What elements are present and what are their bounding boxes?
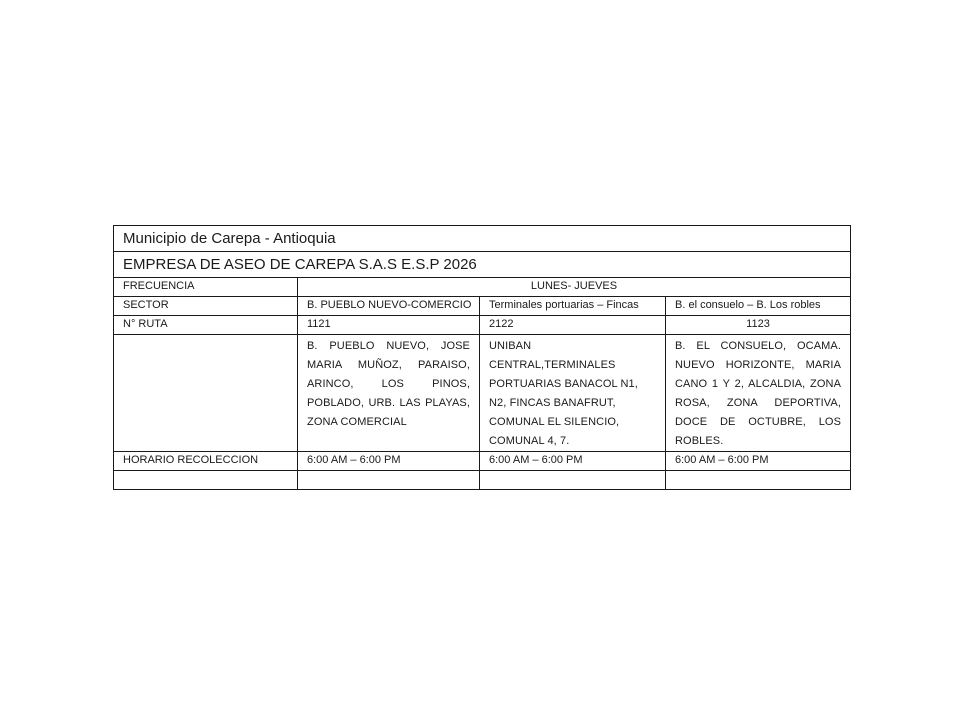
municipality-title: Municipio de Carepa - Antioquia [114, 226, 851, 252]
empty-cell [114, 471, 298, 490]
sector-row: SECTOR B. PUEBLO NUEVO-COMERCIO Terminal… [114, 297, 851, 316]
sector-label: SECTOR [114, 297, 298, 316]
route-number-cell: 2122 [480, 316, 666, 335]
frequency-row: FRECUENCIA LUNES- JUEVES [114, 278, 851, 297]
sector-cell: B. PUEBLO NUEVO-COMERCIO [298, 297, 480, 316]
route-number-label: N° RUTA [114, 316, 298, 335]
collection-schedule-table: Municipio de Carepa - Antioquia EMPRESA … [113, 225, 851, 490]
schedule-row: HORARIO RECOLECCION 6:00 AM – 6:00 PM 6:… [114, 452, 851, 471]
areas-label [114, 335, 298, 452]
empty-cell [298, 471, 480, 490]
frequency-value: LUNES- JUEVES [298, 278, 851, 297]
sector-cell: B. el consuelo – B. Los robles [666, 297, 851, 316]
company-row: EMPRESA DE ASEO DE CAREPA S.A.S E.S.P 20… [114, 252, 851, 278]
areas-cell: B. EL CONSUELO, OCAMA. NUEVO HORIZONTE, … [666, 335, 851, 452]
schedule-cell: 6:00 AM – 6:00 PM [298, 452, 480, 471]
areas-row: B. PUEBLO NUEVO, JOSE MARIA MUÑOZ, PARAI… [114, 335, 851, 452]
title-row: Municipio de Carepa - Antioquia [114, 226, 851, 252]
schedule-cell: 6:00 AM – 6:00 PM [480, 452, 666, 471]
company-title: EMPRESA DE ASEO DE CAREPA S.A.S E.S.P 20… [114, 252, 851, 278]
empty-cell [480, 471, 666, 490]
schedule-cell: 6:00 AM – 6:00 PM [666, 452, 851, 471]
areas-cell: UNIBAN CENTRAL,TERMINALES PORTUARIAS BAN… [480, 335, 666, 452]
schedule-label: HORARIO RECOLECCION [114, 452, 298, 471]
sector-cell: Terminales portuarias – Fincas [480, 297, 666, 316]
route-number-row: N° RUTA 1121 2122 1123 [114, 316, 851, 335]
route-number-cell: 1123 [666, 316, 851, 335]
empty-cell [666, 471, 851, 490]
empty-row [114, 471, 851, 490]
route-number-cell: 1121 [298, 316, 480, 335]
frequency-label: FRECUENCIA [114, 278, 298, 297]
areas-cell: B. PUEBLO NUEVO, JOSE MARIA MUÑOZ, PARAI… [298, 335, 480, 452]
